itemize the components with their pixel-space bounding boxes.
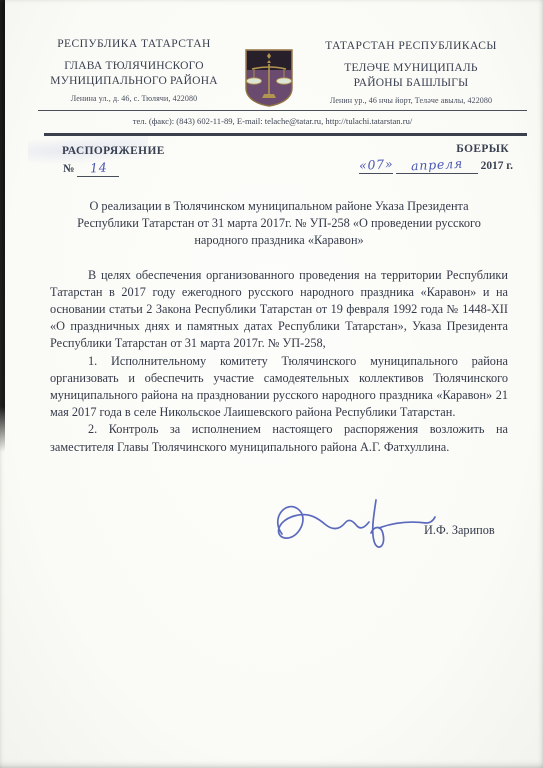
- org-address-ru: Ленина ул., д. 46, с. Тюлячи, 422080: [28, 94, 240, 103]
- scan-edge-artifact: [0, 0, 5, 452]
- paragraph-preamble: В целях обеспечения организованного пров…: [50, 267, 508, 353]
- date-day-handwritten: «07»: [358, 157, 393, 172]
- header-right-tatar: ТАТАРСТАН РЕСПУБЛИКАСЫ ТЕЛӘЧЕ МУНИЦИПАЛЬ…: [300, 40, 522, 105]
- org-name-tt: ТЕЛӘЧЕ МУНИЦИПАЛЬ РАЙОНЫ БАШЛЫГЫ: [335, 61, 487, 91]
- doc-number-underline: 14: [77, 161, 119, 177]
- date-day-underline: «07»: [359, 158, 393, 174]
- header-left-ru: РЕСПУБЛИКА ТАТАРСТАН ГЛАВА ТЮЛЯЧИНСКОГО …: [28, 38, 240, 103]
- doc-type-ru: РАСПОРЯЖЕНИЕ: [62, 145, 165, 157]
- document-body: О реализации в Тюлячинском муниципальном…: [50, 198, 508, 456]
- scanned-decree-page: РЕСПУБЛИКА ТАТАРСТАН ГЛАВА ТЮЛЯЧИНСКОГО …: [0, 0, 543, 768]
- contact-line: тел. (факс): (843) 602-11-89, E-mail: te…: [25, 116, 520, 126]
- org-name-ru: ГЛАВА ТЮЛЯЧИНСКОГО МУНИЦИПАЛЬНОГО РАЙОНА: [38, 59, 230, 89]
- org-address-tt: Ленин ур., 46 нчы йорт, Теләче авылы, 42…: [300, 96, 522, 105]
- doc-number-handwritten: 14: [89, 161, 107, 175]
- doc-type-tt: БОЕРЫК: [456, 143, 509, 155]
- doc-date-row: «07» апреля 2017 г.: [359, 158, 514, 174]
- date-month-handwritten: апреля: [410, 157, 463, 173]
- date-year: 2017 г.: [481, 160, 513, 172]
- separator-thin: [38, 110, 527, 111]
- paragraph-item-2: 2. Контроль за исполнением настоящего ра…: [50, 421, 508, 455]
- doc-number-row: № 14: [63, 161, 119, 177]
- signature-block: И.Ф. Зарипов: [50, 496, 508, 560]
- signer-name: И.Ф. Зарипов: [424, 523, 495, 538]
- separator-thick: [44, 133, 527, 136]
- republic-name-tt: ТАТАРСТАН РЕСПУБЛИКАСЫ: [300, 40, 522, 52]
- coat-of-arms-icon: [244, 48, 294, 113]
- republic-name-ru: РЕСПУБЛИКА ТАТАРСТАН: [28, 38, 240, 50]
- number-sign: №: [63, 163, 74, 175]
- date-month-underline: апреля: [396, 158, 478, 174]
- document-title: О реализации в Тюлячинском муниципальном…: [62, 198, 496, 250]
- paragraph-item-1: 1. Исполнительному комитету Тюлячинского…: [50, 353, 508, 422]
- handwritten-signature: [268, 496, 438, 561]
